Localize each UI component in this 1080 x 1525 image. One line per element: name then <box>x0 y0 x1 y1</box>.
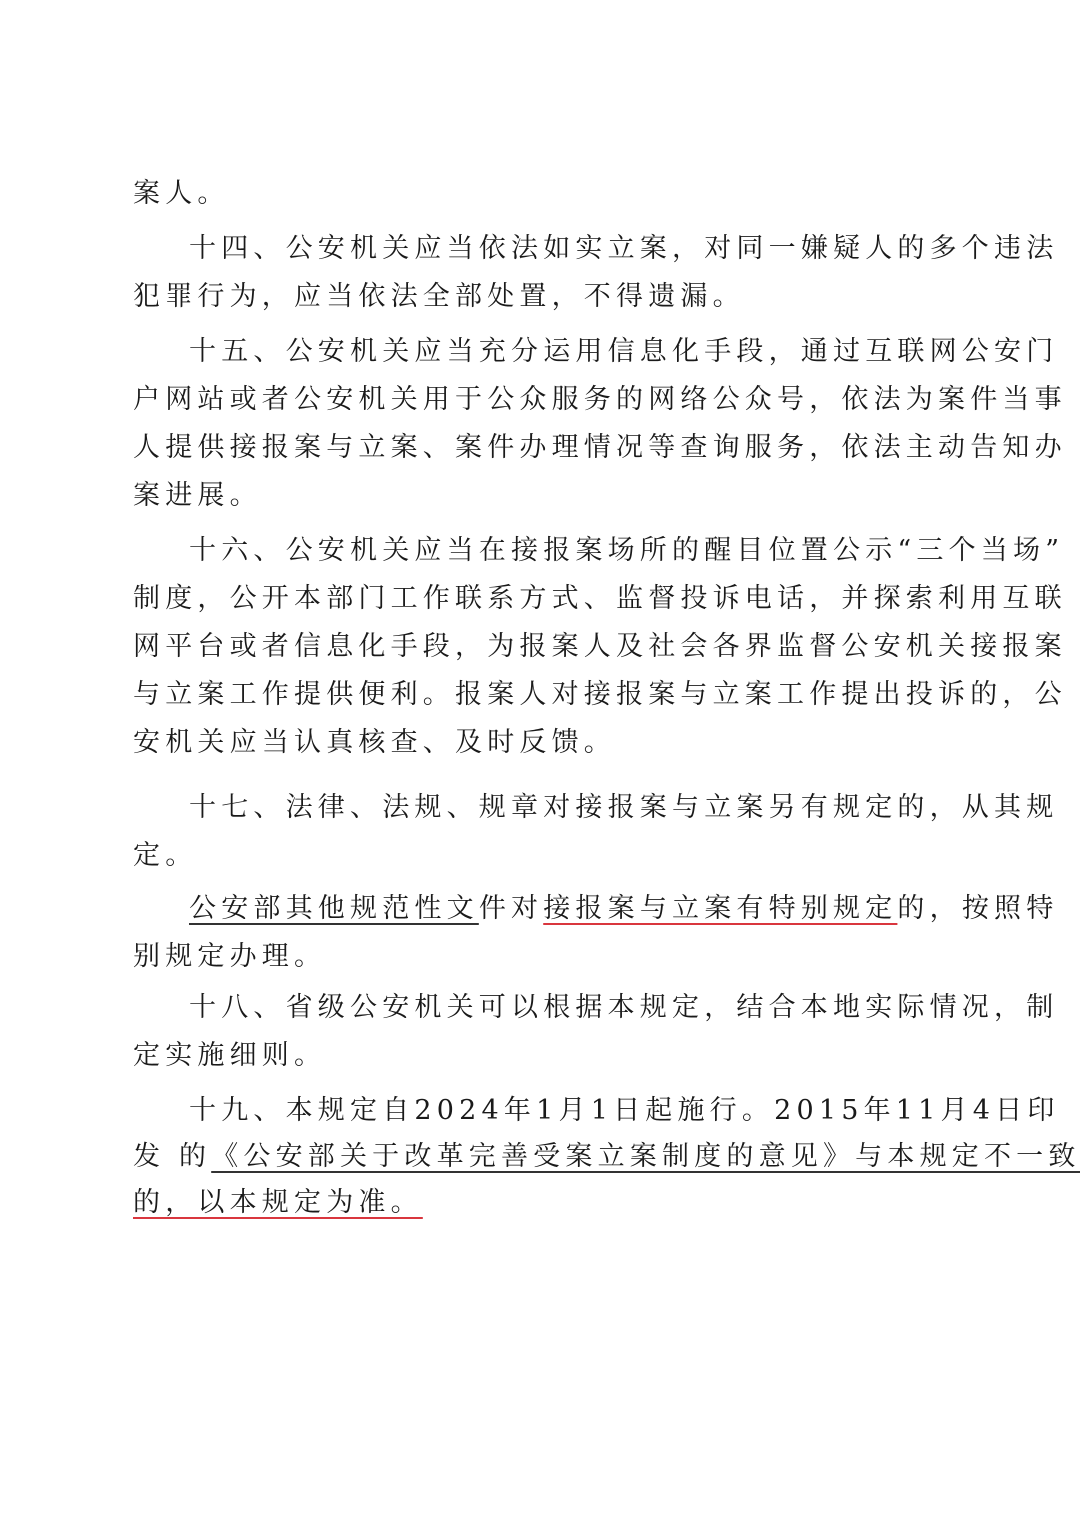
paragraph-14-line-1: 十四、公安机关应当依法如实立案，对同一嫌疑人的多个违法 <box>189 225 1058 273</box>
underlined-phrase-red: 接报案与立案有特别规定 <box>543 893 897 924</box>
paragraph-18-line-1: 十八、省级公安机关可以根据本规定，结合本地实际情况，制 <box>189 984 1058 1032</box>
underlined-phrase-dark: 《公安部关于改革完善受案立案制度的意见》与本规定不一致 <box>211 1141 1080 1172</box>
paragraph-15-line-4: 案进展。 <box>133 472 262 520</box>
underlined-phrase-dark: 公安部其他规范性文 <box>189 893 479 924</box>
paragraph-15-line-2: 户网站或者公安机关用于公众服务的网络公众号，依法为案件当事 <box>133 376 1067 424</box>
paragraph-17b-line-1: 公安部其他规范性文件对接报案与立案有特别规定的，按照特 <box>189 885 1058 933</box>
paragraph-19-line-3: 的，以本规定为准。 <box>133 1179 423 1227</box>
paragraph-19-line-1: 十九、本规定自2024年1月1日起施行。2015年11月4日印 <box>189 1087 1060 1135</box>
text-segment: 的，按照特 <box>897 893 1058 924</box>
paragraph-16-line-2: 制度，公开本部门工作联系方式、监督投诉电话，并探索利用互联 <box>133 575 1067 623</box>
paragraph-19-line-2: 发 的《公安部关于改革完善受案立案制度的意见》与本规定不一致 <box>133 1133 1080 1181</box>
paragraph-17-line-2: 定。 <box>133 832 197 880</box>
paragraph-17b-line-2: 别规定办理。 <box>133 933 326 981</box>
paragraph-15-line-1: 十五、公安机关应当充分运用信息化手段，通过互联网公安门 <box>189 328 1058 376</box>
paragraph-17-line-1: 十七、法律、法规、规章对接报案与立案另有规定的，从其规 <box>189 784 1058 832</box>
paragraph-15-line-3: 人提供接报案与立案、案件办理情况等查询服务，依法主动告知办 <box>133 424 1067 472</box>
text-segment: 发 的 <box>133 1141 211 1172</box>
paragraph-13-tail: 案人。 <box>133 170 230 218</box>
paragraph-16-line-4: 与立案工作提供便利。报案人对接报案与立案工作提出投诉的，公 <box>133 671 1067 719</box>
paragraph-14-line-2: 犯罪行为，应当依法全部处置，不得遗漏。 <box>133 273 745 321</box>
paragraph-16-line-3: 网平台或者信息化手段，为报案人及社会各界监督公安机关接报案 <box>133 623 1067 671</box>
underlined-phrase-red: 的，以本规定为准。 <box>133 1187 423 1218</box>
text-segment: 件对 <box>479 893 543 924</box>
paragraph-18-line-2: 定实施细则。 <box>133 1032 326 1080</box>
paragraph-16-line-1: 十六、公安机关应当在接报案场所的醒目位置公示“三个当场” <box>189 527 1064 575</box>
paragraph-16-line-5: 安机关应当认真核查、及时反馈。 <box>133 719 616 767</box>
